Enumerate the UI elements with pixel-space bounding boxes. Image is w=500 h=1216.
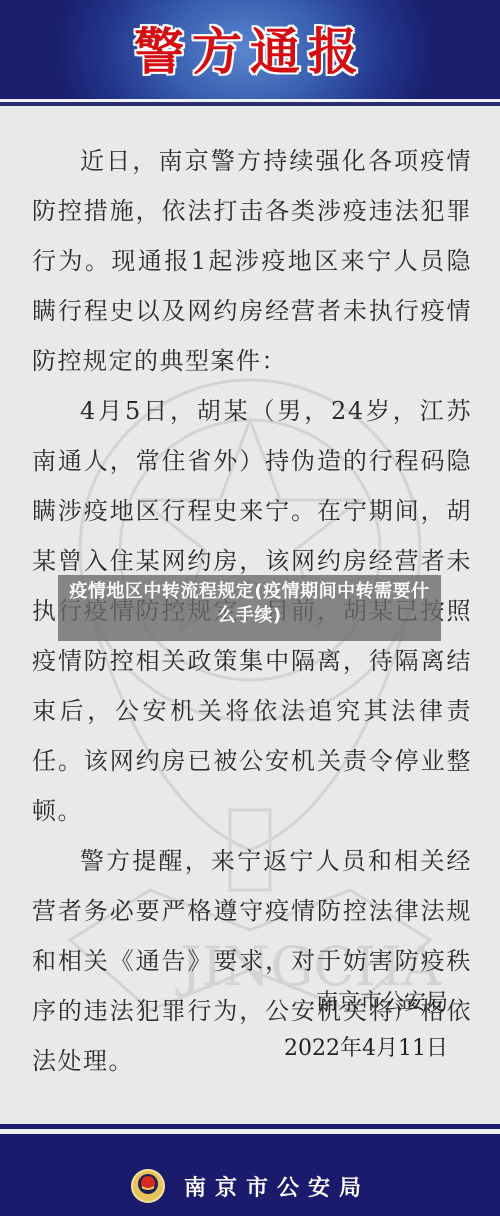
notice-title: 警方通报 — [0, 22, 500, 82]
footer-label: 南京市公安局 — [184, 1171, 370, 1202]
issue-date: 2022年4月11日 — [284, 1026, 448, 1072]
signature-block: 南京市公安局 2022年4月11日 — [284, 980, 448, 1072]
police-emblem-icon — [130, 1168, 166, 1204]
footer-banner: 南京市公安局 — [0, 1134, 500, 1216]
issuer-name: 南京市公安局 — [284, 980, 448, 1026]
caption-text: 疫情地区中转流程规定(疫情期间中转需要什么手续) — [58, 580, 441, 628]
paragraph-intro: 近日，南京警方持续强化各项疫情防控措施，依法打击各类涉疫违法犯罪行为。现通报1起… — [32, 136, 472, 386]
header-divider-dark — [0, 102, 500, 106]
